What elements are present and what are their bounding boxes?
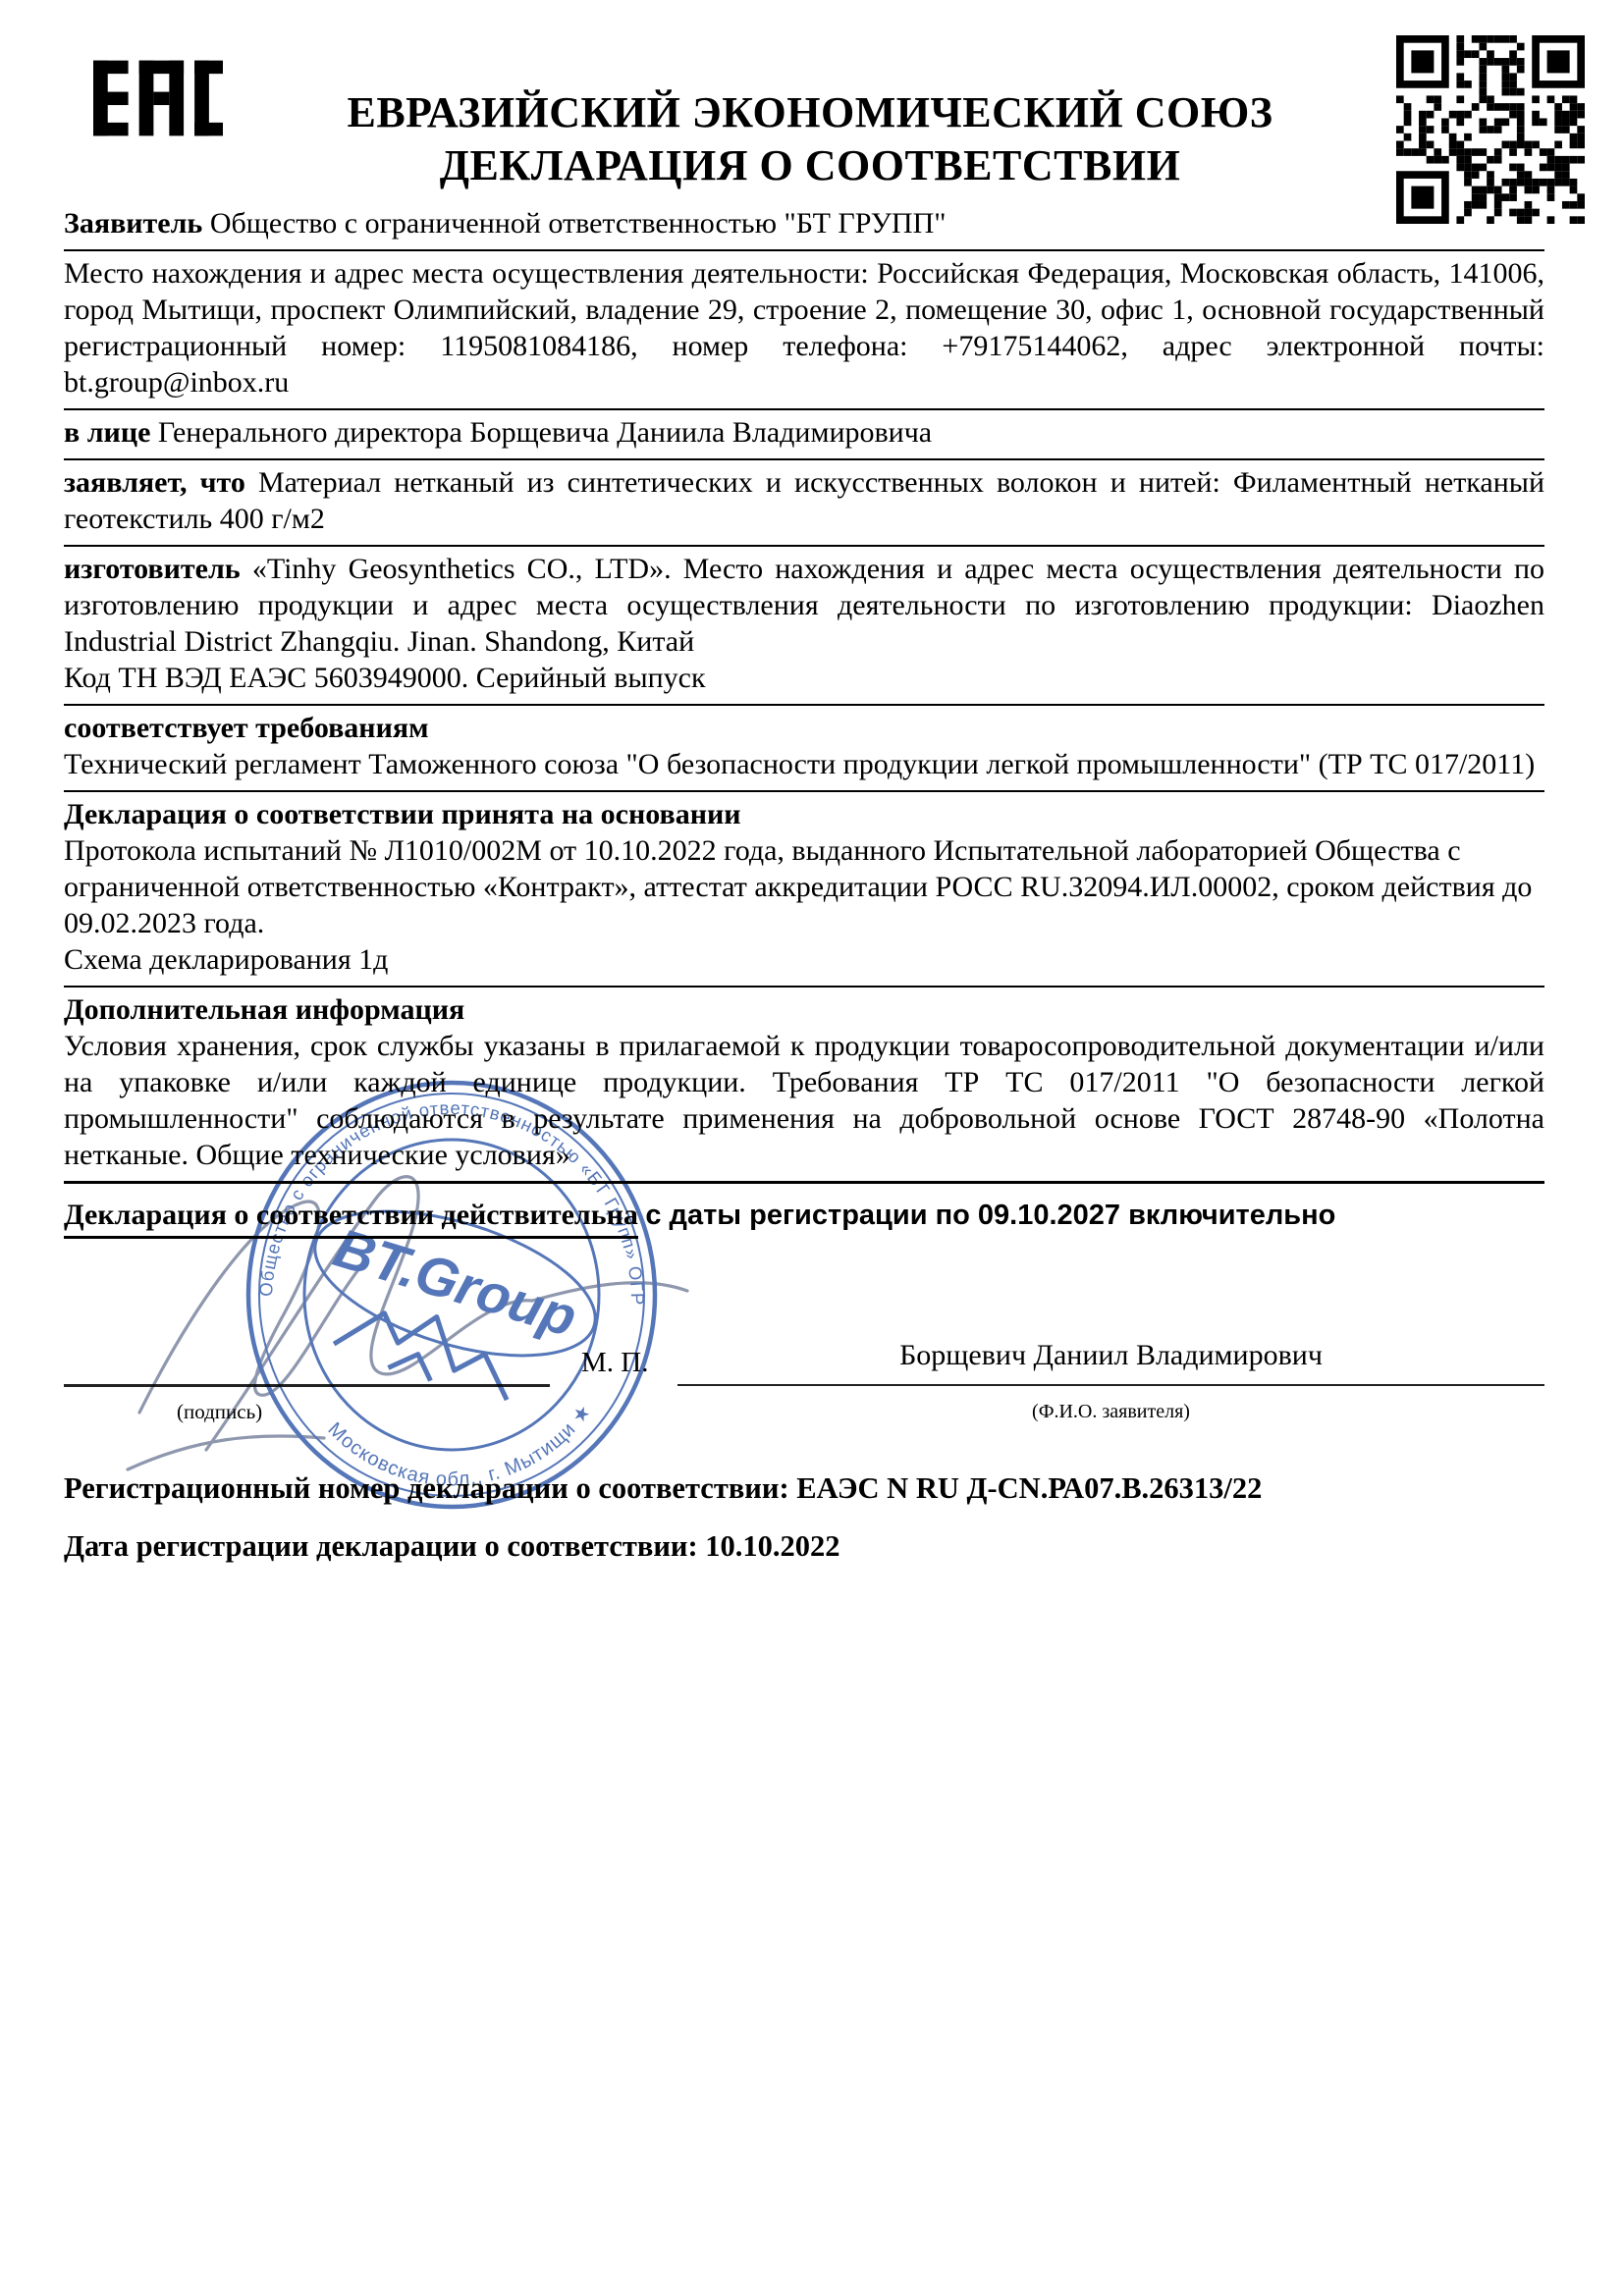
- signature-caption: (подпись): [177, 1394, 262, 1430]
- signature-line: [64, 1384, 550, 1387]
- registration-number-line: Регистрационный номер декларации о соотв…: [64, 1470, 1544, 1507]
- signature-block: (подпись) М. П. Борщевич Даниил Владимир…: [64, 1247, 1544, 1459]
- document-body: Заявитель Общество с ограниченной ответс…: [64, 201, 1544, 1565]
- additional-info-value: Условия хранения, срок службы указаны в …: [64, 1028, 1544, 1173]
- basis-value: Протокола испытаний № Л1010/002М от 10.1…: [64, 834, 1532, 939]
- complies-label: соответствует требованиям: [64, 710, 1544, 746]
- eac-logo-icon: [93, 39, 223, 157]
- full-name-caption: (Ф.И.О. заявителя): [677, 1394, 1544, 1430]
- title-union: ЕВРАЗИЙСКИЙ ЭКОНОМИЧЕСКИЙ СОЮЗ: [245, 86, 1375, 139]
- validity-label: Декларация о соответствии действительна: [64, 1197, 638, 1239]
- manufacturer-label: изготовитель: [64, 553, 241, 585]
- complies-value: Технический регламент Таможенного союза …: [64, 746, 1544, 782]
- validity-period: с даты регистрации по 09.10.2027 включит…: [645, 1200, 1335, 1231]
- applicant-label: Заявитель: [64, 207, 202, 240]
- stamp-place-label: М. П.: [581, 1345, 648, 1381]
- declares-value: Материал нетканый из синтетических и иск…: [64, 466, 1544, 535]
- declaration-document: ЕВРАЗИЙСКИЙ ЭКОНОМИЧЕСКИЙ СОЮЗ ДЕКЛАРАЦИ…: [0, 0, 1624, 2296]
- section-basis: Декларация о соответствии принята на осн…: [64, 792, 1544, 988]
- section-additional-info: Дополнительная информация Условия хранен…: [64, 988, 1544, 1184]
- manufacturer-paragraph: изготовитель «Tinhy Geosynthetics CO., L…: [64, 551, 1544, 660]
- full-name-line: [677, 1384, 1544, 1386]
- section-applicant: Заявитель Общество с ограниченной ответс…: [64, 201, 1544, 251]
- additional-info-label: Дополнительная информация: [64, 991, 1544, 1028]
- section-address: Место нахождения и адрес места осуществл…: [64, 251, 1544, 410]
- section-complies: соответствует требованиям Технический ре…: [64, 706, 1544, 792]
- declares-label: заявляет, что: [64, 466, 245, 499]
- basis-label: Декларация о соответствии принята на осн…: [64, 796, 1544, 832]
- represented-by-value: Генерального директора Борщевича Даниила…: [158, 416, 932, 449]
- qr-code: [1396, 35, 1585, 224]
- address-text: Место нахождения и адрес места осуществл…: [64, 257, 1544, 399]
- represented-by-label: в лице: [64, 416, 150, 449]
- applicant-value: Общество с ограниченной ответственностью…: [210, 207, 947, 240]
- section-declares: заявляет, что Материал нетканый из синте…: [64, 460, 1544, 547]
- title-declaration: ДЕКЛАРАЦИЯ О СООТВЕТСТВИИ: [245, 139, 1375, 192]
- section-validity: Декларация о соответствии действительна …: [64, 1184, 1544, 1247]
- applicant-full-name: Борщевич Даниил Владимирович: [677, 1337, 1544, 1373]
- tnved-code-line: Код ТН ВЭД ЕАЭС 5603949000. Серийный вып…: [64, 660, 1544, 696]
- declaration-scheme-line: Схема декларирования 1д: [64, 941, 1544, 978]
- registration-date-line: Дата регистрации декларации о соответств…: [64, 1528, 1544, 1565]
- manufacturer-value: «Tinhy Geosynthetics CO., LTD». Место на…: [64, 553, 1544, 658]
- section-represented-by: в лице Генерального директора Борщевича …: [64, 410, 1544, 460]
- section-manufacturer: изготовитель «Tinhy Geosynthetics CO., L…: [64, 547, 1544, 706]
- document-title: ЕВРАЗИЙСКИЙ ЭКОНОМИЧЕСКИЙ СОЮЗ ДЕКЛАРАЦИ…: [245, 86, 1375, 192]
